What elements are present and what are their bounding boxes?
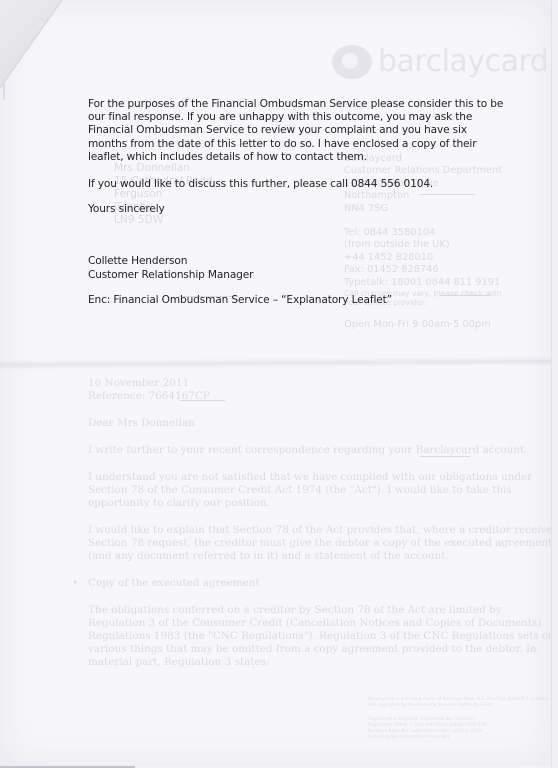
letter-content: For the purposes of the Financial Ombuds… <box>88 98 508 307</box>
letterhead-logo: barclaycard <box>332 44 548 79</box>
section-line: Regulations 1983 (the "CNC Regulations")… <box>88 630 558 643</box>
body-line: Section 78 of the Consumer Credit Act 19… <box>88 484 558 497</box>
final-response-paragraph: For the purposes of the Financial Ombuds… <box>88 98 508 164</box>
section-line: material part, Regulation 3 states: <box>88 656 558 669</box>
letter-salutation: Dear Mrs Donnellan <box>88 417 558 430</box>
footer-line: Calls may be monitored or recorded. <box>368 735 558 741</box>
signatory-name: Collette Henderson <box>88 255 508 268</box>
body-line: opportunity to clarify our position. <box>88 497 558 510</box>
opening-hours: Open Mon-Fri 9.00am-5.00pm <box>344 319 502 331</box>
letter-date: 10 November 2011 <box>88 377 558 390</box>
body-line: I would like to explain that Section 78 … <box>88 524 558 537</box>
section-line: various things that may be omitted from … <box>88 643 558 656</box>
scan-mark <box>180 400 225 401</box>
body-line: (and any document referred to in it) and… <box>88 550 558 563</box>
barclaycard-logo-icon <box>332 45 372 79</box>
enclosure-line: Enc: Financial Ombudsman Service – “Expl… <box>88 294 508 307</box>
body-line: I understand you are not satisfied that … <box>88 471 558 484</box>
signatory-title: Customer Relationship Manager <box>88 269 508 282</box>
section-heading: Copy of the executed agreement <box>88 577 558 590</box>
scan-right-edge <box>551 0 558 768</box>
show-through-footer: Barclaycard is a trading name of Barclay… <box>368 697 558 741</box>
scanned-letter-page: barclaycard Mrs Donnellan 15 Cathedral R… <box>0 0 552 766</box>
contact-paragraph: If you would like to discuss this furthe… <box>88 178 508 191</box>
paper-fold-crease <box>0 356 552 370</box>
logo-text: barclaycard <box>378 44 548 79</box>
show-through-letter-body: 10 November 2011 Reference: 7664167CP De… <box>88 377 558 669</box>
letter-reference: Reference: 7664167CP <box>88 390 558 403</box>
scan-mark <box>420 456 470 457</box>
body-line: I write further to your recent correspon… <box>88 444 558 457</box>
section-line: The obligations conferred on a creditor … <box>88 604 558 617</box>
closing-salutation: Yours sincerely <box>88 203 508 216</box>
body-line: Section 78 request, the creditor must gi… <box>88 537 558 550</box>
section-line: Regulation 3 of the Consumer Credit (Can… <box>88 617 558 630</box>
